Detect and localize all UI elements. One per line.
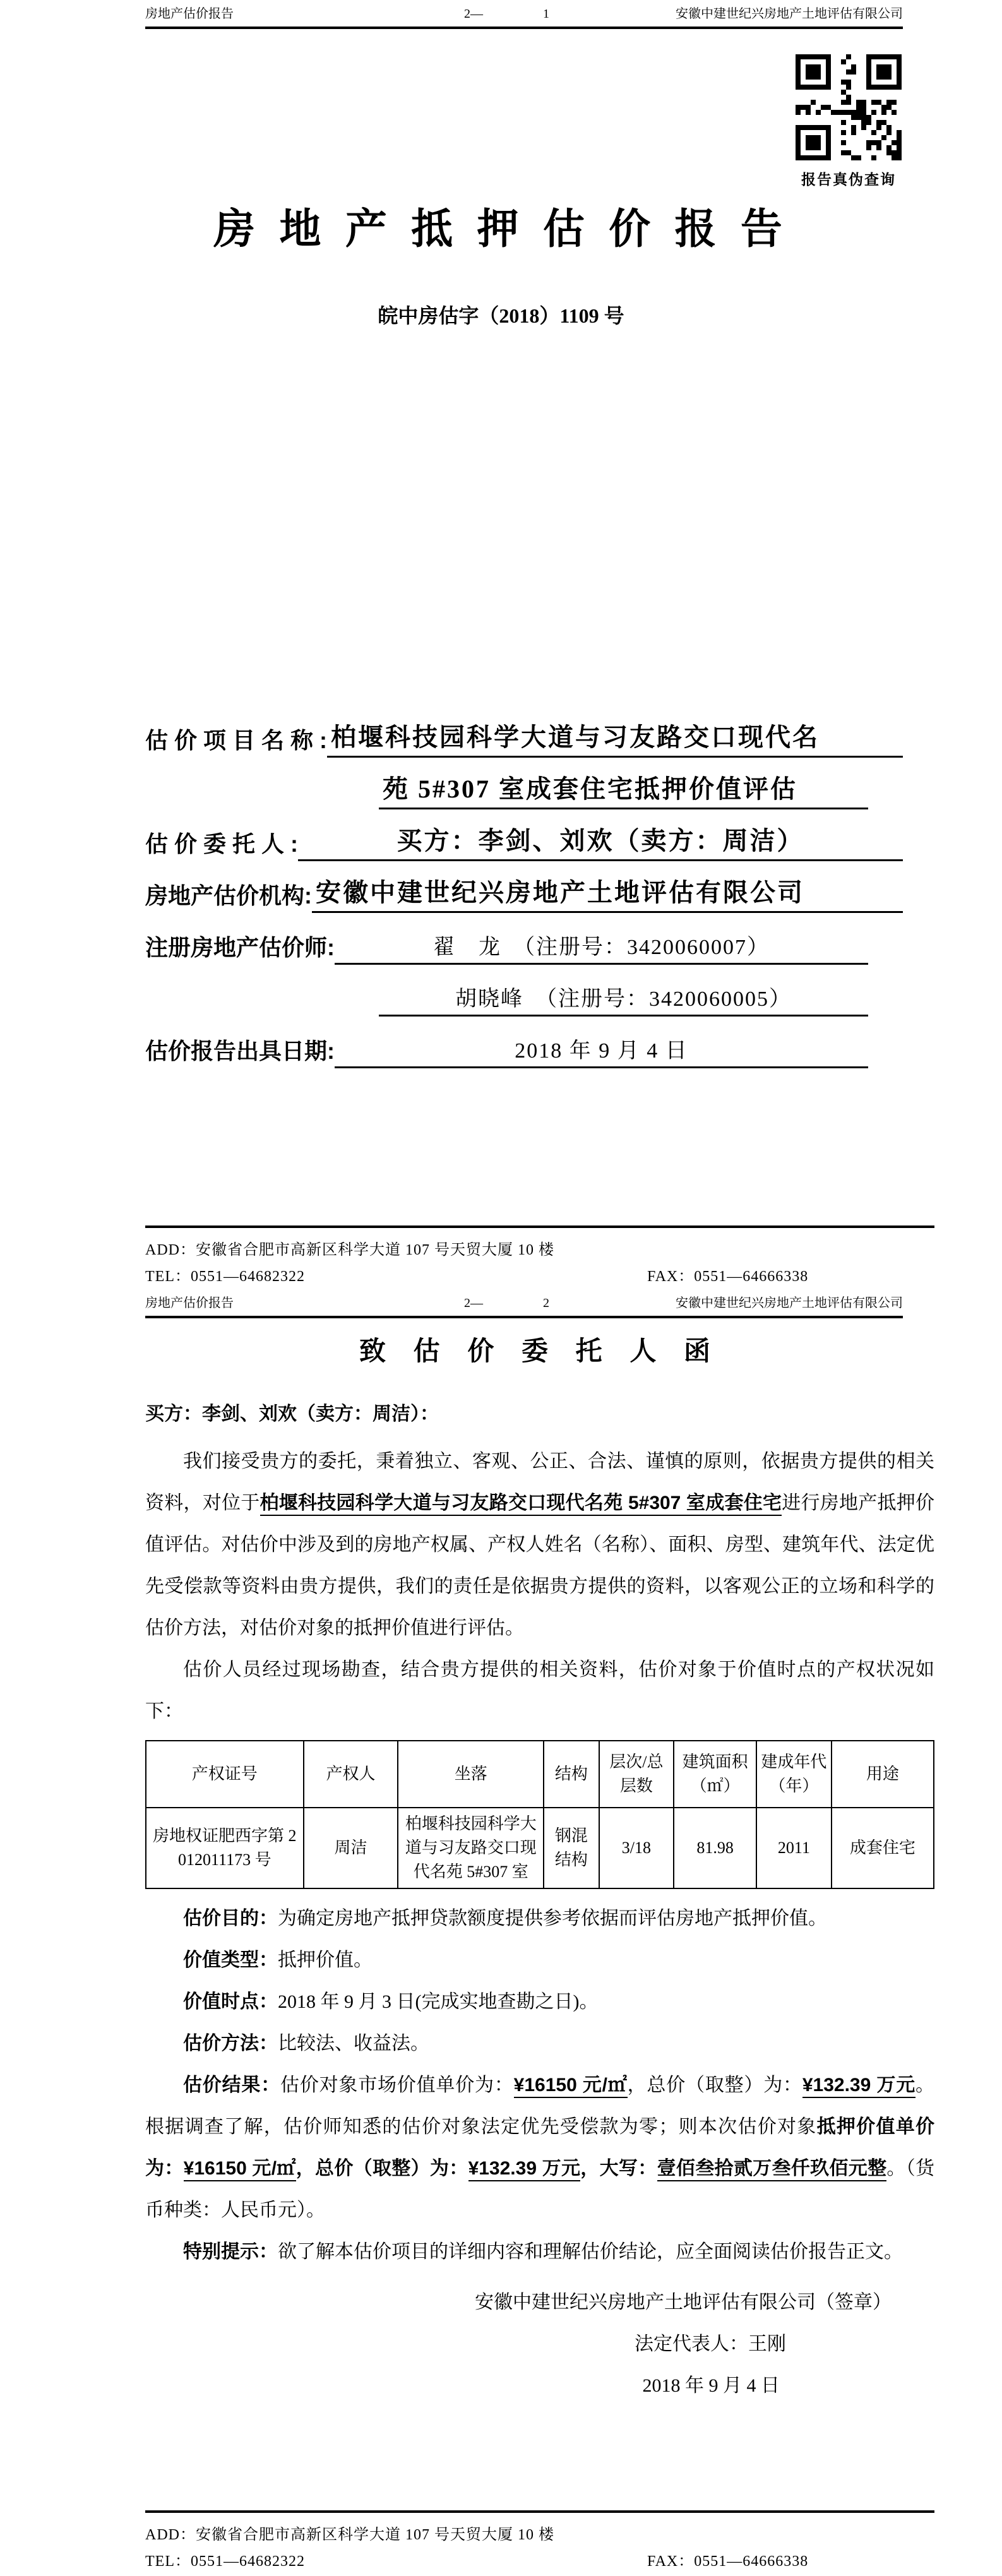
table-header-cell: 产权证号: [146, 1741, 304, 1808]
footer-fax: FAX：0551—64666338: [647, 2552, 808, 2571]
paragraph: 估价人员经过现场勘查，结合贵方提供的相关资料，估价对象于价值时点的产权状况如下：: [145, 1649, 934, 1732]
header-page-number: 2: [543, 1296, 616, 1311]
paragraph: 估价方法：比较法、收益法。: [145, 2023, 934, 2065]
field-row-project-cont: 苑 5#307 室成套住宅抵押价值评估: [145, 758, 903, 809]
text-segment: 抵押价值。: [278, 1950, 373, 1971]
text-segment: ¥16150 元/㎡: [514, 2075, 628, 2098]
field-row-project: 估 价 项 目 名 称 : 柏堰科技园科学大道与习友路交口现代名: [145, 706, 903, 758]
table-data-cell: 81.98: [674, 1808, 756, 1888]
footer-address: ADD：安徽省合肥市高新区科学大道 107 号天贸大厦 10 楼: [145, 2525, 934, 2544]
field-value: 苑 5#307 室成套住宅抵押价值评估: [379, 769, 868, 809]
cover-fields: 估 价 项 目 名 称 : 柏堰科技园科学大道与习友路交口现代名 苑 5#307…: [145, 706, 903, 1068]
text-segment: ，大写：: [580, 2158, 657, 2179]
ownership-table: 产权证号产权人坐落结构层次/总层数建筑面积（㎡）建成年代（年）用途房地权证肥西字…: [145, 1740, 934, 1889]
qr-block: 报告真伪查询: [794, 54, 903, 189]
footer-contacts: TEL：0551—64682322 FAX：0551—64666338: [145, 2552, 934, 2571]
text-segment: 价值类型：: [183, 1950, 278, 1971]
report-document: 房地产估价报告 2— 1 安徽中建世纪兴房地产土地评估有限公司 报告真伪查询 房…: [0, 0, 1002, 2576]
header-volume: 2—: [464, 6, 543, 21]
field-label: 估 价 项 目 名 称 :: [145, 723, 327, 758]
header-volume: 2—: [464, 1296, 543, 1311]
table-data-cell: 柏堰科技园科学大道与习友路交口现代名苑 5#307 室: [398, 1808, 544, 1888]
footer-contacts: TEL：0551—64682322 FAX：0551—64666338: [145, 1267, 934, 1286]
text-segment: 欲了解本估价项目的详细内容和理解估价结论，应全面阅读估价报告正文。: [278, 2241, 903, 2262]
qr-code: [796, 54, 902, 160]
field-label: 房地产估价机构:: [145, 878, 312, 913]
text-segment: 特别提示：: [183, 2241, 278, 2262]
header-report-title: 房地产估价报告: [145, 1296, 464, 1311]
field-value: 胡晓峰 （注册号：3420060005）: [379, 981, 868, 1017]
table-header-cell: 层次/总层数: [599, 1741, 674, 1808]
table-data-cell: 房地权证肥西字第 2012011173 号: [146, 1808, 304, 1888]
table-header-cell: 结构: [544, 1741, 599, 1808]
letter-salutation: 买方：李剑、刘欢（卖方：周洁）：: [145, 1402, 934, 1427]
field-value: 2018 年 9 月 4 日: [335, 1033, 868, 1068]
text-segment: 2018 年 9 月 3 日(完成实地查勘之日)。: [278, 1991, 598, 2012]
field-label: 注册房地产估价师:: [145, 930, 335, 965]
report-main-title: 房 地 产 抵 押 估 价 报 告: [0, 203, 1002, 254]
text-segment: ，总价（取整）为：: [296, 2158, 468, 2179]
field-value: 翟 龙 （注册号：3420060007）: [335, 929, 868, 965]
field-value: 买方：李剑、刘欢（卖方：周洁）: [298, 821, 903, 861]
signature-legal-rep: 法定代表人：王刚: [145, 2323, 934, 2365]
footer-fax: FAX：0551—64666338: [647, 1267, 808, 1286]
table-data-cell: 3/18: [599, 1808, 674, 1888]
text-segment: ¥132.39 万元: [468, 2158, 581, 2181]
qr-caption: 报告真伪查询: [794, 168, 903, 189]
text-segment: ¥132.39 万元: [802, 2075, 916, 2098]
paragraph: 我们接受贵方的委托，秉着独立、客观、公正、合法、谨慎的原则，依据贵方提供的相关资…: [145, 1441, 934, 1649]
paragraph: 估价结果：估价对象市场价值单价为：¥16150 元/㎡，总价（取整）为：¥132…: [145, 2065, 934, 2231]
letter-content: 致 估 价 委 托 人 函 买方：李剑、刘欢（卖方：周洁）： 我们接受贵方的委托…: [145, 1326, 934, 2407]
header-report-title: 房地产估价报告: [145, 6, 464, 21]
paragraph: 价值时点：2018 年 9 月 3 日(完成实地查勘之日)。: [145, 1981, 934, 2023]
paragraph: 价值类型：抵押价值。: [145, 1940, 934, 1981]
text-segment: 估价人员经过现场勘查，结合贵方提供的相关资料，估价对象于价值时点的产权状况如下：: [145, 1659, 934, 1722]
header-page-number: 1: [543, 6, 616, 21]
field-label: 估 价 委 托 人 :: [145, 826, 298, 861]
field-value: 安徽中建世纪兴房地产土地评估有限公司: [312, 873, 903, 913]
field-row-client: 估 价 委 托 人 : 买方：李剑、刘欢（卖方：周洁）: [145, 809, 903, 861]
table-data-cell: 成套住宅: [832, 1808, 934, 1888]
paragraph: 估价目的：为确定房地产抵押贷款额度提供参考依据而评估房地产抵押价值。: [145, 1898, 934, 1940]
table-data-cell: 钢混结构: [544, 1808, 599, 1888]
table-data-row: 房地权证肥西字第 2012011173 号周洁柏堰科技园科学大道与习友路交口现代…: [146, 1808, 934, 1888]
table-header-cell: 产权人: [304, 1741, 398, 1808]
signature-date: 2018 年 9 月 4 日: [145, 2365, 934, 2407]
table-header-cell: 坐落: [398, 1741, 544, 1808]
page1-running-header: 房地产估价报告 2— 1 安徽中建世纪兴房地产土地评估有限公司: [145, 6, 903, 29]
field-row-appraiser1: 注册房地产估价师: 翟 龙 （注册号：3420060007）: [145, 913, 903, 965]
signature-company: 安徽中建世纪兴房地产土地评估有限公司（签章）: [145, 2282, 934, 2323]
report-doc-number: 皖中房估字（2018）1109 号: [0, 303, 1002, 328]
table-data-cell: 2011: [756, 1808, 832, 1888]
table-header-cell: 用途: [832, 1741, 934, 1808]
appraisal-items: 估价目的：为确定房地产抵押贷款额度提供参考依据而评估房地产抵押价值。价值类型：抵…: [145, 1898, 934, 2273]
field-row-agency: 房地产估价机构: 安徽中建世纪兴房地产土地评估有限公司: [145, 861, 903, 913]
text-segment: 估价对象市场价值单价为：: [280, 2075, 514, 2096]
signature-block: 安徽中建世纪兴房地产土地评估有限公司（签章） 法定代表人：王刚 2018 年 9…: [145, 2282, 934, 2407]
table-data-cell: 周洁: [304, 1808, 398, 1888]
text-segment: 为确定房地产抵押贷款额度提供参考依据而评估房地产抵押价值。: [278, 1908, 827, 1929]
field-value: 柏堰科技园科学大道与习友路交口现代名: [327, 717, 903, 758]
ownership-table-wrap: 产权证号产权人坐落结构层次/总层数建筑面积（㎡）建成年代（年）用途房地权证肥西字…: [145, 1740, 934, 1889]
page1-footer: ADD：安徽省合肥市高新区科学大道 107 号天贸大厦 10 楼 TEL：055…: [145, 1225, 934, 1286]
text-segment: 壹佰叁拾贰万叁仟玖佰元整: [657, 2158, 887, 2181]
footer-tel: TEL：0551—64682322: [145, 1268, 305, 1285]
field-label: 估价报告出具日期:: [145, 1034, 335, 1068]
header-company-name: 安徽中建世纪兴房地产土地评估有限公司: [616, 1296, 903, 1311]
text-segment: ，总价（取整）为：: [628, 2075, 802, 2096]
table-header-cell: 建筑面积（㎡）: [674, 1741, 756, 1808]
field-row-issue-date: 估价报告出具日期: 2018 年 9 月 4 日: [145, 1017, 903, 1068]
paragraph: 特别提示：欲了解本估价项目的详细内容和理解估价结论，应全面阅读估价报告正文。: [145, 2231, 934, 2273]
field-row-appraiser2: 胡晓峰 （注册号：3420060005）: [145, 965, 903, 1017]
letter-paragraphs: 我们接受贵方的委托，秉着独立、客观、公正、合法、谨慎的原则，依据贵方提供的相关资…: [145, 1441, 934, 1732]
text-segment: 价值时点：: [183, 1991, 278, 2012]
letter-title: 致 估 价 委 托 人 函: [145, 1331, 934, 1371]
page2-running-header: 房地产估价报告 2— 2 安徽中建世纪兴房地产土地评估有限公司: [145, 1296, 903, 1318]
text-segment: 比较法、收益法。: [278, 2033, 429, 2054]
page2-footer: ADD：安徽省合肥市高新区科学大道 107 号天贸大厦 10 楼 TEL：055…: [145, 2510, 934, 2571]
footer-address: ADD：安徽省合肥市高新区科学大道 107 号天贸大厦 10 楼: [145, 1241, 934, 1260]
text-segment: 柏堰科技园科学大道与习友路交口现代名苑 5#307 室成套住宅: [260, 1493, 782, 1516]
text-segment: 估价结果：: [183, 2075, 280, 2096]
footer-tel: TEL：0551—64682322: [145, 2553, 305, 2570]
header-company-name: 安徽中建世纪兴房地产土地评估有限公司: [616, 6, 903, 21]
table-header-cell: 建成年代（年）: [756, 1741, 832, 1808]
table-header-row: 产权证号产权人坐落结构层次/总层数建筑面积（㎡）建成年代（年）用途: [146, 1741, 934, 1808]
text-segment: ¥16150 元/㎡: [184, 2158, 296, 2181]
text-segment: 估价方法：: [183, 2033, 278, 2054]
text-segment: 估价目的：: [183, 1908, 278, 1929]
